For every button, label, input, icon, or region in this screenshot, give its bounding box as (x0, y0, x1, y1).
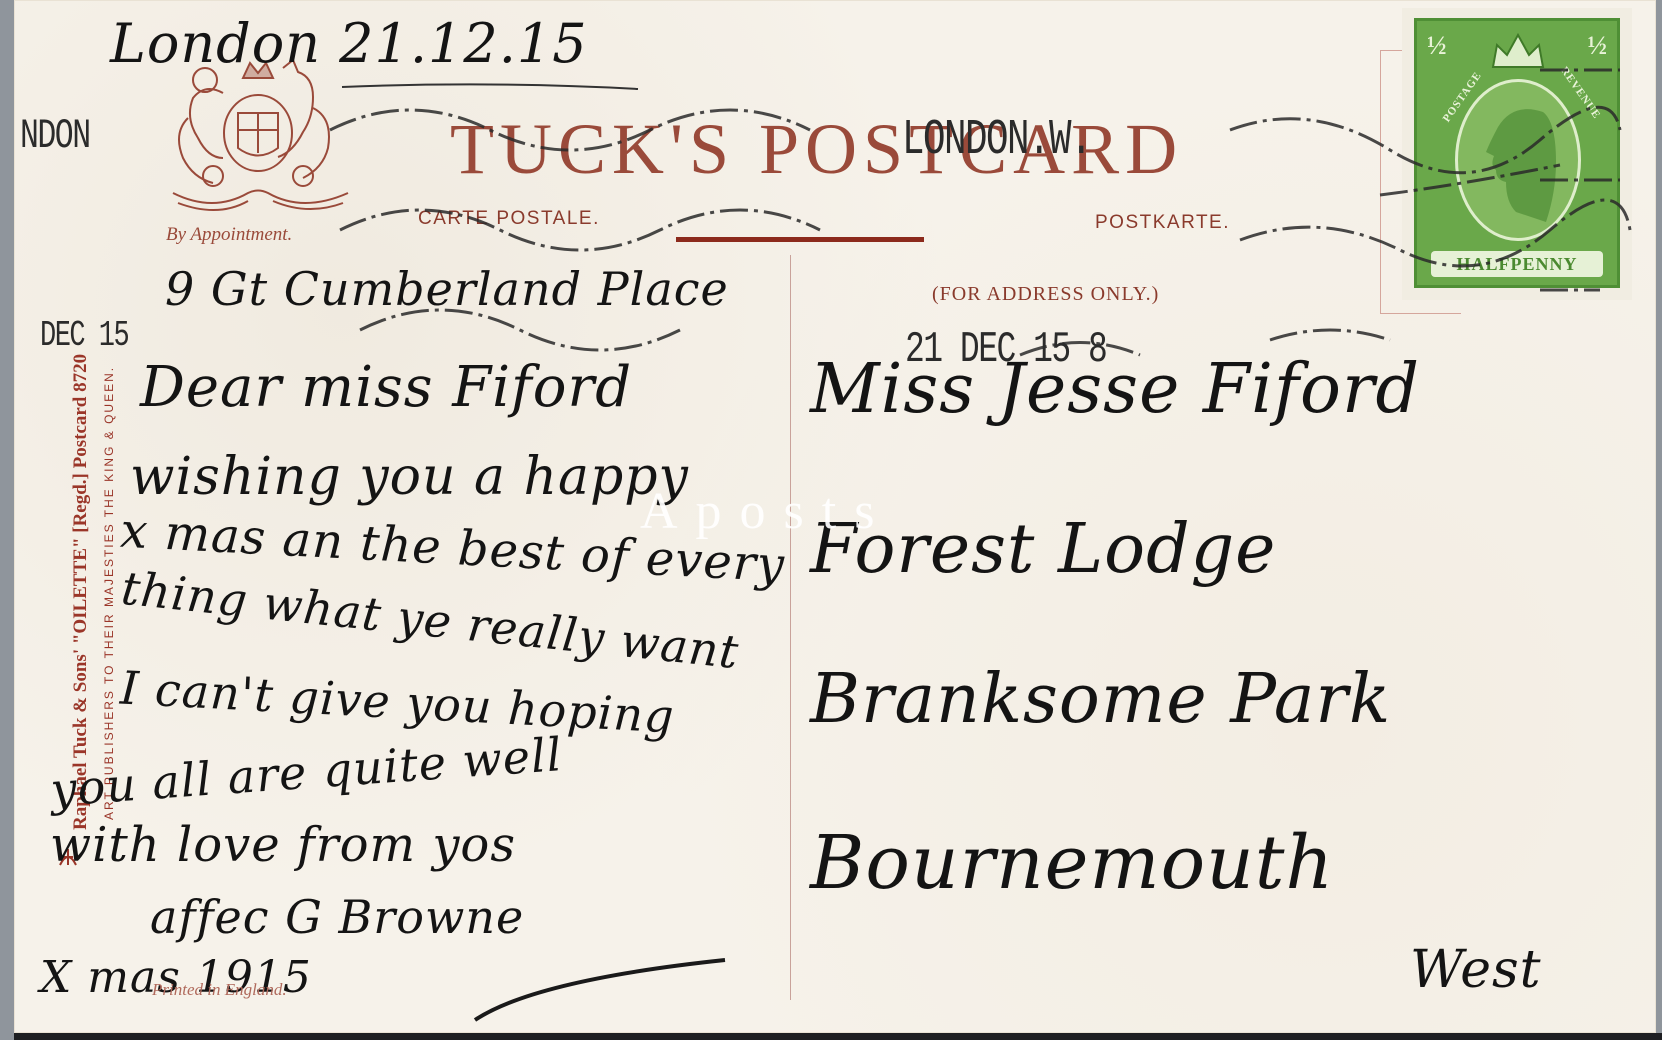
printed-in-england: Printed in England. (152, 980, 287, 1000)
publisher-imprint: Raphael Tuck & Sons' "OILETTE" [Regd.] P… (70, 354, 92, 830)
card-shadow (14, 1033, 1662, 1040)
message-line: wishing you a happy (130, 447, 689, 507)
address-line: Branksome Park (810, 660, 1391, 739)
handwritten-place-date: London 21.12.15 (110, 12, 588, 75)
message-signature: affec G Browne (150, 890, 524, 944)
address-line: West (1410, 940, 1542, 1000)
signature-flourish (470, 955, 730, 1025)
message-line: Dear miss Fiford (140, 355, 632, 420)
recipient-name: Miss Jesse Fiford (810, 350, 1420, 429)
seller-watermark: Aposts (640, 482, 892, 541)
postmark-left-date: DEC 15 (40, 315, 128, 356)
address-line: Bournemouth (810, 820, 1334, 906)
postmark-london-left: NDON (20, 112, 90, 160)
royal-warrant-imprint: ART PUBLISHERS TO THEIR MAJESTIES THE KI… (102, 366, 116, 820)
postmark-london-w: LONDON.W. (902, 112, 1091, 169)
date-underline (340, 82, 640, 92)
message-line: with love from yos (50, 817, 516, 873)
sender-address: 9 Gt Cumberland Place (165, 262, 729, 316)
